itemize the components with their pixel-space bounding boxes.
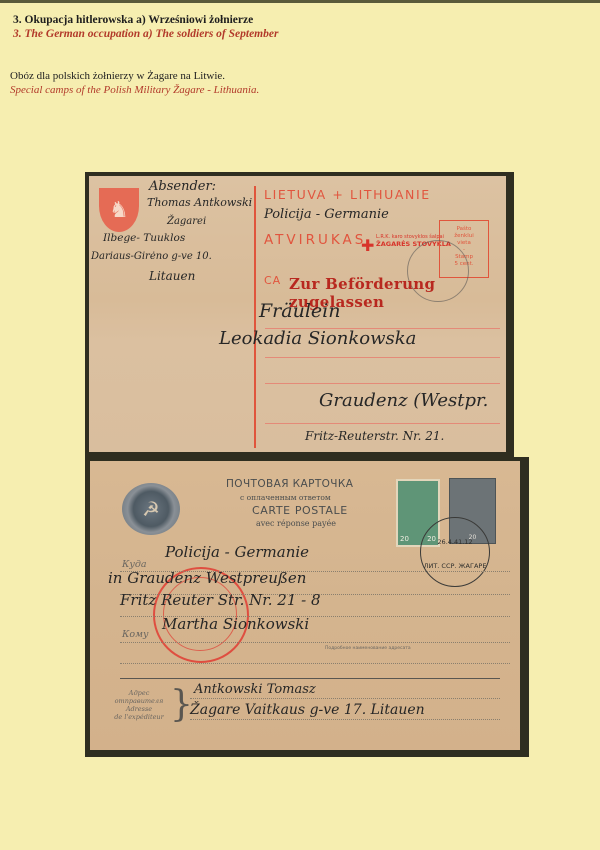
printed-subtitle: с оплаченным ответом [240, 493, 331, 502]
sender-label-line: отправителя [110, 697, 168, 705]
postcard-ussr: ☭ ПОЧТОВАЯ КАРТОЧКА с оплаченным ответом… [90, 461, 520, 750]
sender-handwriting: Žagarei [167, 216, 206, 227]
printed-avec-reponse: avec réponse payée [256, 519, 336, 528]
sender-label-line: de l'expéditeur [110, 713, 168, 721]
printed-carte-postale: CARTE POSTALE [252, 504, 348, 517]
section-title-english: 3. The German occupation a) The soldiers… [13, 28, 278, 40]
section-title-polish: 3. Okupacja hitlerowska a) Wrześniowi żo… [13, 14, 253, 26]
vytis-coat-of-arms-icon: ♞ [99, 188, 139, 232]
postmark-text: ЛИТ. ССР. ЖАГАРЕ [421, 562, 489, 570]
address-line [265, 357, 500, 358]
fine-print: Подробное наименование адресата [325, 646, 411, 651]
sender-line [190, 698, 500, 699]
postmark-zagare: 26.4.41.12 ЛИТ. ССР. ЖАГАРЕ [420, 517, 490, 587]
label-komu: Кому [122, 629, 148, 640]
printed-type: ATVIRUKAS [264, 232, 366, 248]
address-line [265, 423, 500, 424]
divider-line [254, 186, 256, 448]
recipient-handwriting: Fritz Reuter Str. Nr. 21 - 8 [120, 591, 321, 609]
stamp-box-text: Pašto [440, 226, 488, 233]
caption-polish: Obóz dla polskich żołnierzy w Żagare na … [10, 70, 225, 82]
sender-handwriting: Žagare Vaitkaus g-ve 17. Litauen [190, 702, 425, 718]
red-cross-icon: ✚ [361, 236, 374, 255]
ussr-coat-of-arms-icon: ☭ [122, 483, 180, 535]
recipient-handwriting: Fräulein [259, 300, 340, 322]
recipient-handwriting: Graudenz (Westpr. [319, 390, 488, 411]
page-top-edge [0, 0, 600, 3]
sender-handwriting: Dariaus-Girėno g-ve 10. [91, 251, 212, 262]
stamp-box-text: ženklui [440, 233, 488, 240]
sender-handwriting: Absender: [149, 179, 216, 194]
recipient-handwriting: Fritz-Reuterstr. Nr. 21. [305, 429, 444, 443]
caption-english: Special camps of the Polish Military Žag… [10, 84, 259, 96]
sender-handwriting: Litauen [149, 269, 195, 283]
sender-handwriting: Ilbege- Tuuklos [103, 232, 185, 244]
sender-line [190, 719, 500, 720]
printed-title: LIETUVA + LITHUANIE [264, 187, 431, 202]
stamp-value: 20 [400, 535, 409, 543]
recipient-handwriting: Policija - Germanie [264, 207, 389, 222]
sender-address-label: Адрес отправителя Adresse de l'expéditeu… [110, 689, 168, 721]
sender-handwriting: Antkowski Tomasz [194, 682, 316, 697]
address-line [120, 663, 510, 664]
printed-type-fragment: CA [264, 274, 281, 287]
address-line [120, 642, 510, 643]
printed-title: ПОЧТОВАЯ КАРТОЧКА [226, 478, 353, 490]
postmark-date: 26.4.41.12 [421, 538, 489, 546]
sender-label-line: Adresse [110, 705, 168, 713]
sender-handwriting: Thomas Antkowski [147, 196, 252, 209]
recipient-handwriting: Martha Sionkowski [162, 615, 309, 633]
postcard-lithuania: ♞ LIETUVA + LITHUANIE ATVIRUKAS CA ✚ L.R… [89, 176, 506, 452]
address-line [265, 383, 500, 384]
recipient-handwriting: Leokadia Sionkowska [219, 328, 416, 349]
recipient-handwriting: in Graudenz Westpreußen [108, 569, 306, 587]
sender-divider-line [120, 678, 500, 679]
recipient-handwriting: Policija - Germanie [165, 543, 309, 561]
sender-label-line: Адрес [110, 689, 168, 697]
